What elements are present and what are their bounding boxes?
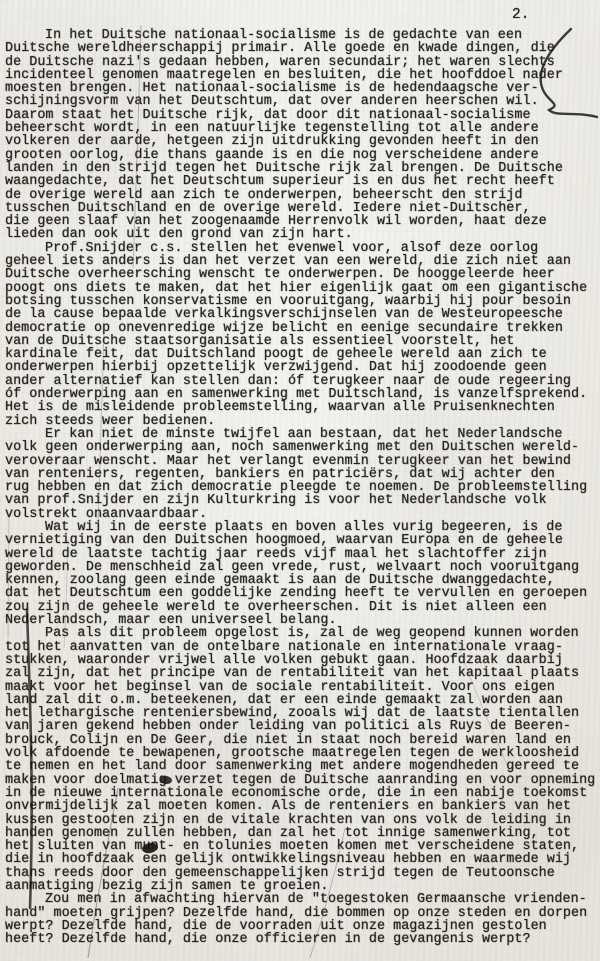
page-number: 2.: [512, 8, 529, 23]
document-text: In het Duitsche nationaal-socialisme is …: [5, 29, 598, 946]
paragraph-5: Pas als dit probleem opgelost is, zal de…: [5, 627, 598, 893]
paragraph-3: Er kan niet de minste twijfel aan bestaa…: [5, 428, 598, 521]
document-page: 2. In het Duitsche nationaal-socialisme …: [0, 0, 600, 961]
paragraph-2: Prof.Snijder c.s. stellen het evenwel vo…: [5, 242, 598, 428]
paragraph-4: Wat wij in de eerste plaats en boven all…: [5, 521, 598, 627]
paragraph-6: Zou men in afwachting hiervan de "toeges…: [5, 893, 598, 946]
paragraph-1: In het Duitsche nationaal-socialisme is …: [5, 29, 598, 242]
